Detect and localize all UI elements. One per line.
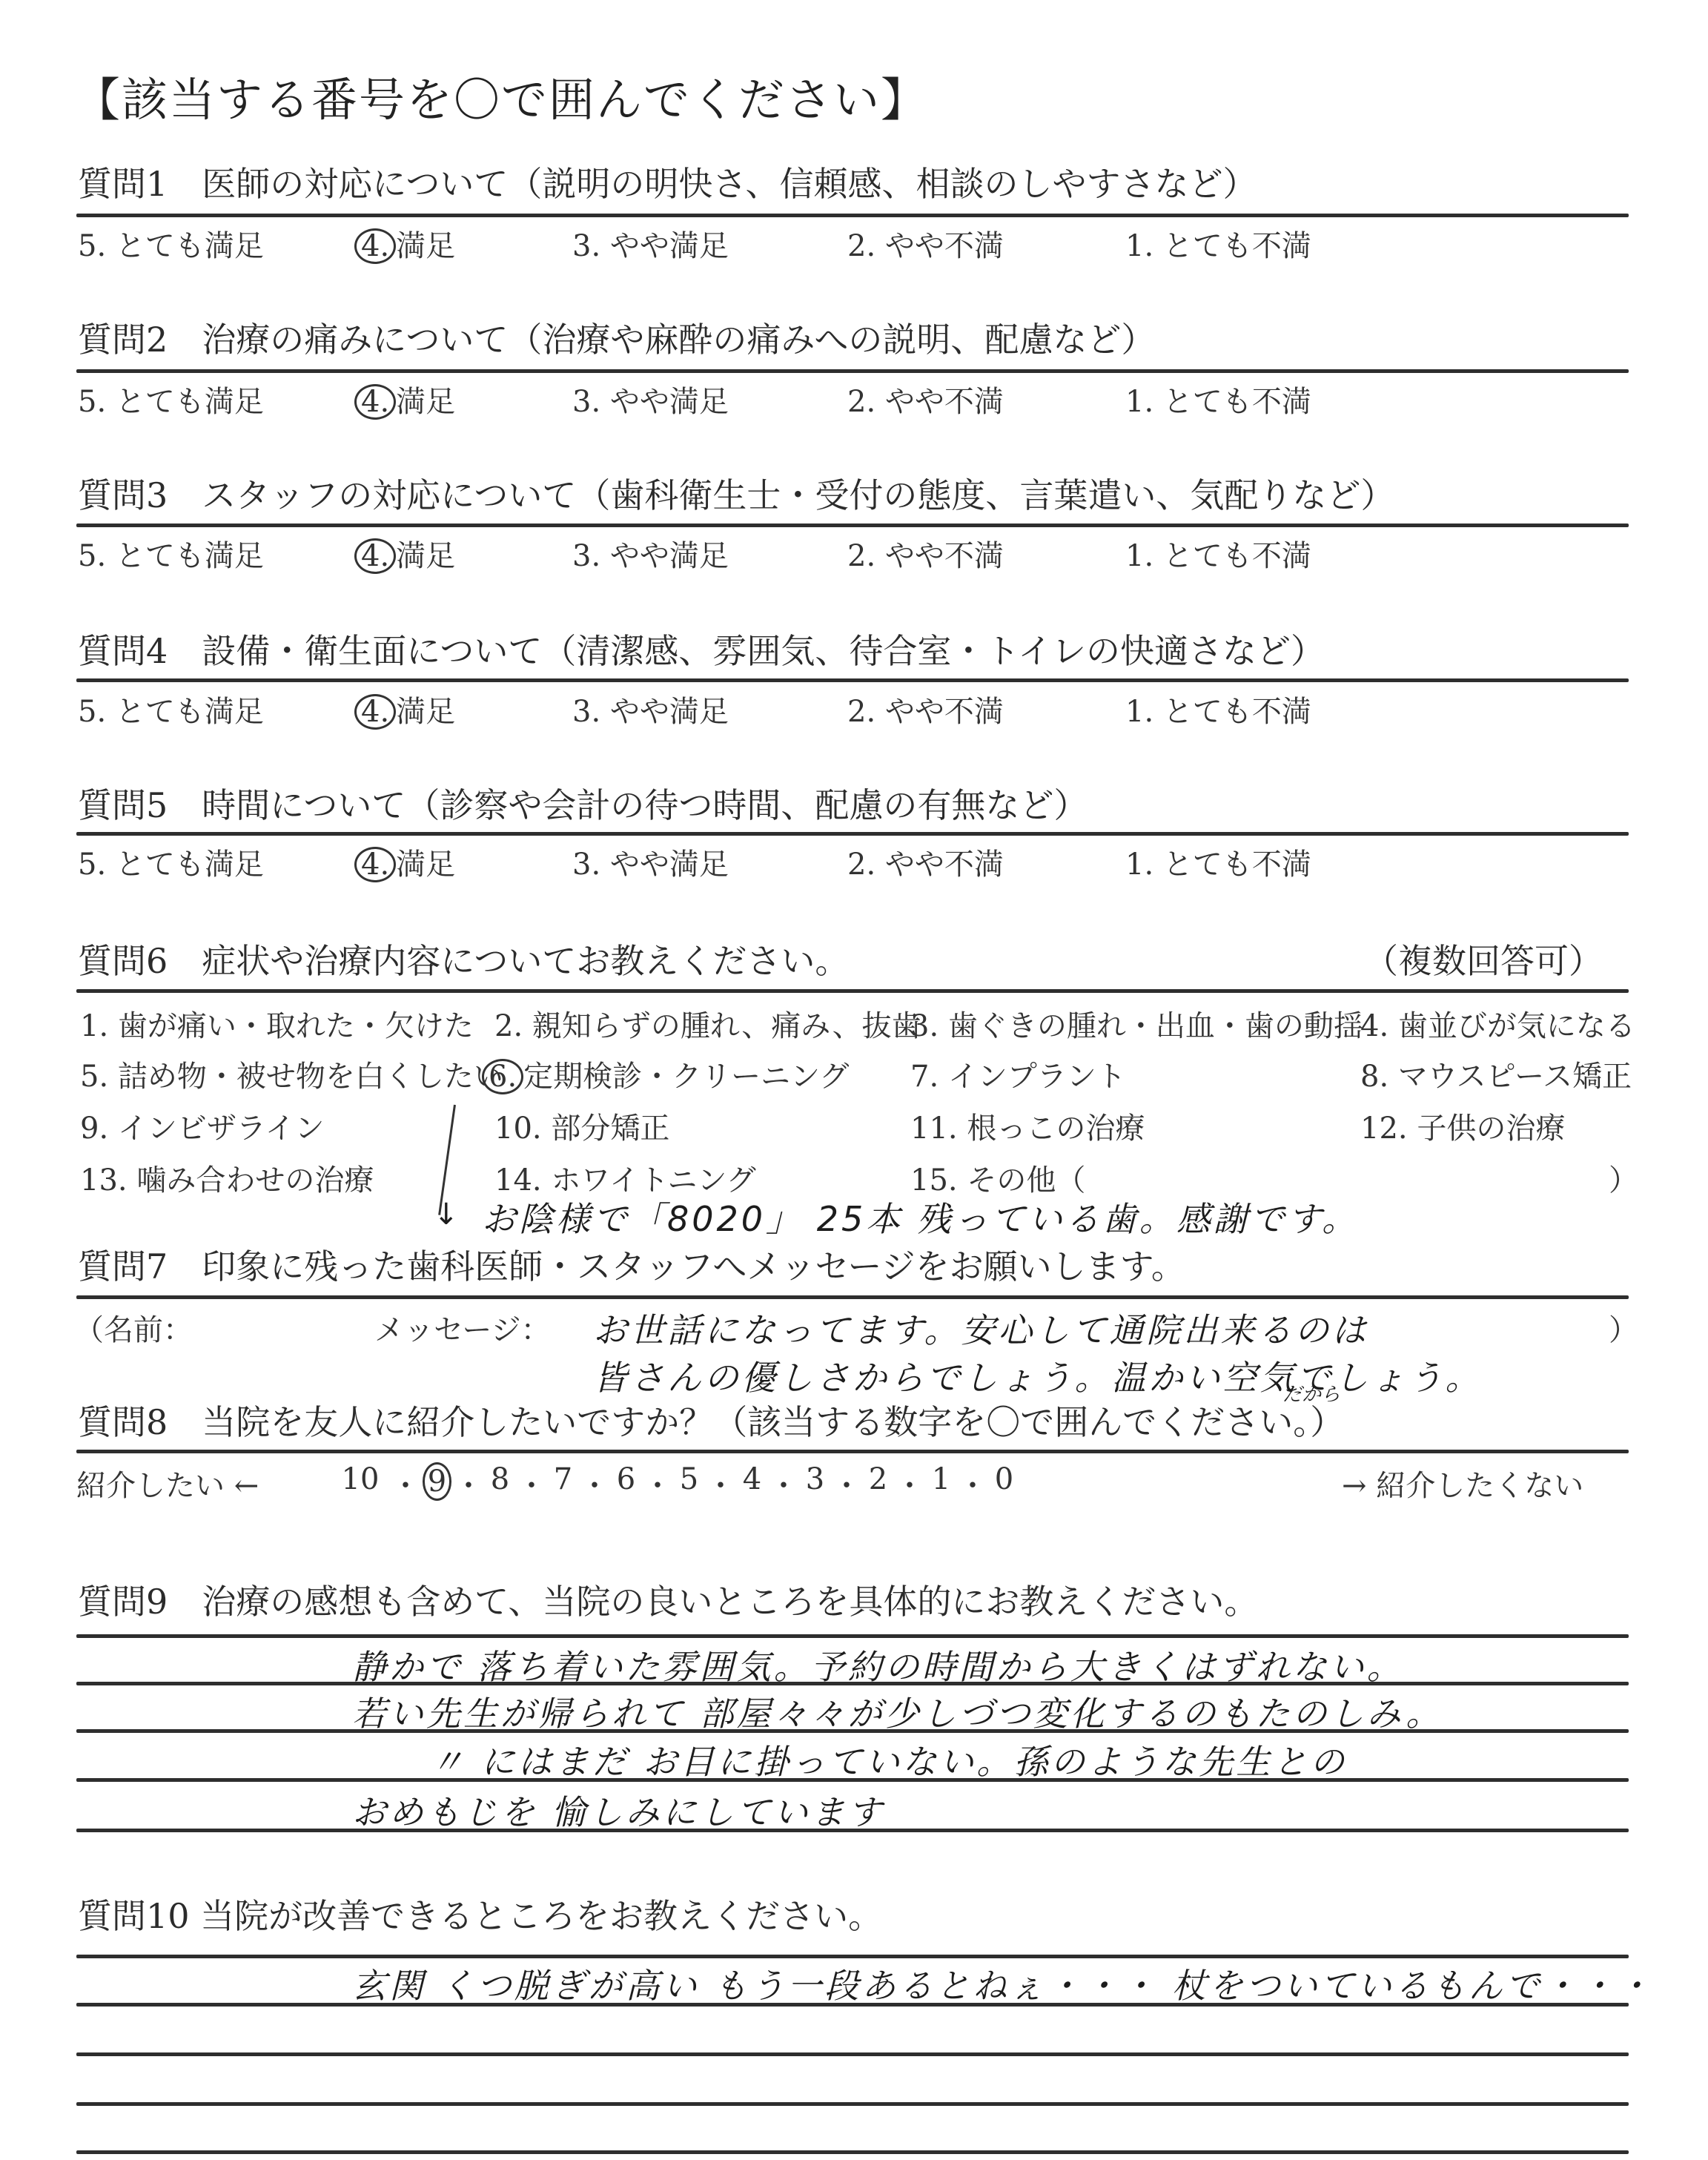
answer-line [76, 1682, 1629, 1685]
message-label: メッセージ： [374, 1307, 551, 1349]
scale-4[interactable]: 4 [735, 1462, 769, 1505]
option-1[interactable]: 1. とても不満 [1125, 532, 1311, 575]
scale-0[interactable]: 0 [987, 1462, 1021, 1505]
answer-line [76, 2003, 1629, 2007]
q6-item-13[interactable]: 13. 噛み合わせの治療 [80, 1157, 374, 1199]
scale-2[interactable]: 2 [861, 1462, 895, 1505]
question-heading: 質問5 時間について（診察や会計の待つ時間、配慮の有無など） [78, 779, 1088, 828]
divider [76, 1450, 1629, 1453]
handwritten-note: お陰様で「8020」 25本 残っている歯。感謝です。 [482, 1192, 1359, 1241]
selection-circle: 4. [354, 847, 396, 882]
option-3[interactable]: 3. やや満足 [572, 532, 729, 575]
q6-item-8[interactable]: 8. マウスピース矯正 [1360, 1053, 1632, 1095]
name-label: （名前： [74, 1307, 193, 1349]
option-label: 満足 [396, 695, 455, 729]
question-heading: 質問8 当院を友人に紹介したいですか？（該当する数字を〇で囲んでください。） [78, 1396, 1344, 1444]
question-heading: 質問10 当院が改善できるところをお教えください。 [78, 1889, 882, 1938]
q6-item-10[interactable]: 10. 部分矯正 [494, 1105, 669, 1147]
option-3[interactable]: 3. やや満足 [572, 222, 729, 265]
question-heading: 質問1 医師の対応について（説明の明快さ、信頼感、相談のしやすさなど） [78, 157, 1257, 206]
scale-5[interactable]: 5 [672, 1462, 706, 1505]
option-4-selected[interactable]: 4.満足 [354, 222, 455, 265]
question-heading: 質問3 スタッフの対応について（歯科衛生士・受付の態度、言葉遣い、気配りなど） [78, 469, 1394, 518]
q6-item-5[interactable]: 5. 詰め物・被せ物を白くしたい [80, 1053, 503, 1095]
other-close-paren: ） [1609, 1157, 1638, 1199]
arrow-head-icon: ↓ [434, 1198, 462, 1232]
answer-line [76, 2150, 1629, 2154]
option-2[interactable]: 2. やや不満 [847, 378, 1004, 420]
scale-7[interactable]: 7 [546, 1462, 580, 1505]
selection-circle: 9 [423, 1462, 451, 1501]
option-label: 満足 [396, 539, 455, 573]
option-3[interactable]: 3. やや満足 [572, 841, 729, 883]
divider [76, 678, 1629, 682]
option-2[interactable]: 2. やや不満 [847, 532, 1004, 575]
question-heading: 質問7 印象に残った歯科医師・スタッフへメッセージをお願いします。 [78, 1240, 1185, 1289]
question-heading: 質問6 症状や治療内容についてお教えください。 [78, 934, 849, 983]
scale-8[interactable]: 8 [483, 1462, 517, 1505]
q6-item-6-selected[interactable]: 6.定期検診・クリーニング [482, 1053, 849, 1095]
q6-item-4[interactable]: 4. 歯並びが気になる [1360, 1003, 1635, 1045]
option-4-selected[interactable]: 4.満足 [354, 841, 455, 883]
divider [76, 1295, 1629, 1299]
divider [76, 989, 1629, 993]
divider [76, 369, 1629, 373]
message-text-line-1[interactable]: お世話になってます。安心して通院出来るのは [593, 1304, 1368, 1353]
selection-circle: 4. [354, 384, 396, 420]
scale-6[interactable]: 6 [609, 1462, 643, 1505]
message-text-line-2[interactable]: 皆さんの優しさからでしょう。温かい空気でしょう。 [593, 1351, 1483, 1400]
selection-circle: 6. [482, 1059, 523, 1094]
option-label: 満足 [396, 385, 455, 419]
option-5[interactable]: 5. とても満足 [78, 222, 264, 265]
option-3[interactable]: 3. やや満足 [572, 688, 729, 730]
option-4-selected[interactable]: 4.満足 [354, 378, 455, 420]
option-4-selected[interactable]: 4.満足 [354, 532, 455, 575]
q6-item-12[interactable]: 12. 子供の治療 [1360, 1105, 1565, 1147]
answer-text-line-4[interactable]: おめもじを 愉しみにしています [352, 1786, 885, 1834]
q6-item-9[interactable]: 9. インビザライン [80, 1105, 325, 1147]
divider [76, 214, 1629, 217]
divider [76, 524, 1629, 527]
option-label: 定期検診・クリーニング [523, 1060, 849, 1094]
answer-line [76, 1778, 1629, 1782]
question-heading: 質問2 治療の痛みについて（治療や麻酔の痛みへの説明、配慮など） [78, 313, 1155, 362]
question-heading: 質問4 設備・衛生面について（清潔感、雰囲気、待合室・トイレの快適さなど） [78, 624, 1325, 673]
option-5[interactable]: 5. とても満足 [78, 378, 264, 420]
option-1[interactable]: 1. とても不満 [1125, 841, 1311, 883]
divider [76, 832, 1629, 836]
answer-line [76, 1829, 1629, 1832]
question-heading: 質問9 治療の感想も含めて、当院の良いところを具体的にお教えください。 [78, 1575, 1258, 1624]
answer-line [76, 1634, 1629, 1638]
option-1[interactable]: 1. とても不満 [1125, 378, 1311, 420]
selection-circle: 4. [354, 228, 396, 264]
q6-item-11[interactable]: 11. 根っこの治療 [910, 1105, 1145, 1147]
option-5[interactable]: 5. とても満足 [78, 532, 264, 575]
answer-line [76, 1955, 1629, 1958]
answer-line [76, 2102, 1629, 2106]
answer-line [76, 2052, 1629, 2056]
option-label: 満足 [396, 848, 455, 882]
answer-text-line-3[interactable]: 〃 にはまだ お目に掛っていない。孫のような先生との [430, 1735, 1347, 1784]
recommend-right-label: → 紹介したくない [1342, 1462, 1583, 1505]
recommend-scale: 10・ 9・ 8・ 7・ 6・ 5・ 4・ 3・ 2・ 1・ 0 [330, 1462, 1021, 1505]
option-label: 満足 [396, 229, 455, 263]
scale-3[interactable]: 3 [798, 1462, 832, 1505]
close-paren: ） [1609, 1307, 1638, 1349]
option-5[interactable]: 5. とても満足 [78, 688, 264, 730]
recommend-left-label: 紹介したい ← [76, 1462, 259, 1505]
option-4-selected[interactable]: 4.満足 [354, 688, 455, 730]
scale-1[interactable]: 1 [924, 1462, 958, 1505]
scale-10[interactable]: 10 [330, 1462, 391, 1505]
option-2[interactable]: 2. やや不満 [847, 841, 1004, 883]
q6-item-1[interactable]: 1. 歯が痛い・取れた・欠けた [80, 1003, 474, 1045]
q6-item-7[interactable]: 7. インプラント [910, 1053, 1126, 1095]
multiple-answer-note: （複数回答可） [1364, 934, 1603, 983]
option-1[interactable]: 1. とても不満 [1125, 222, 1311, 265]
answer-line [76, 1729, 1629, 1733]
option-2[interactable]: 2. やや不満 [847, 222, 1004, 265]
q6-item-3[interactable]: 3. 歯ぐきの腫れ・出血・歯の動揺 [910, 1003, 1363, 1045]
option-3[interactable]: 3. やや満足 [572, 378, 729, 420]
selection-circle: 4. [354, 694, 396, 730]
option-5[interactable]: 5. とても満足 [78, 841, 264, 883]
scale-9-selected[interactable]: 9 [420, 1462, 454, 1505]
page-title: 【該当する番号を〇で囲んでください】 [74, 63, 928, 129]
option-1[interactable]: 1. とても不満 [1125, 688, 1311, 730]
q6-item-2[interactable]: 2. 親知らずの腫れ、痛み、抜歯 [494, 1003, 921, 1045]
selection-circle: 4. [354, 538, 396, 574]
answer-text-line-1[interactable]: 玄関 くつ脱ぎが高い もう一段あるとねぇ・・・ 杖をついているもんで・・・ [352, 1959, 1654, 2008]
option-2[interactable]: 2. やや不満 [847, 688, 1004, 730]
